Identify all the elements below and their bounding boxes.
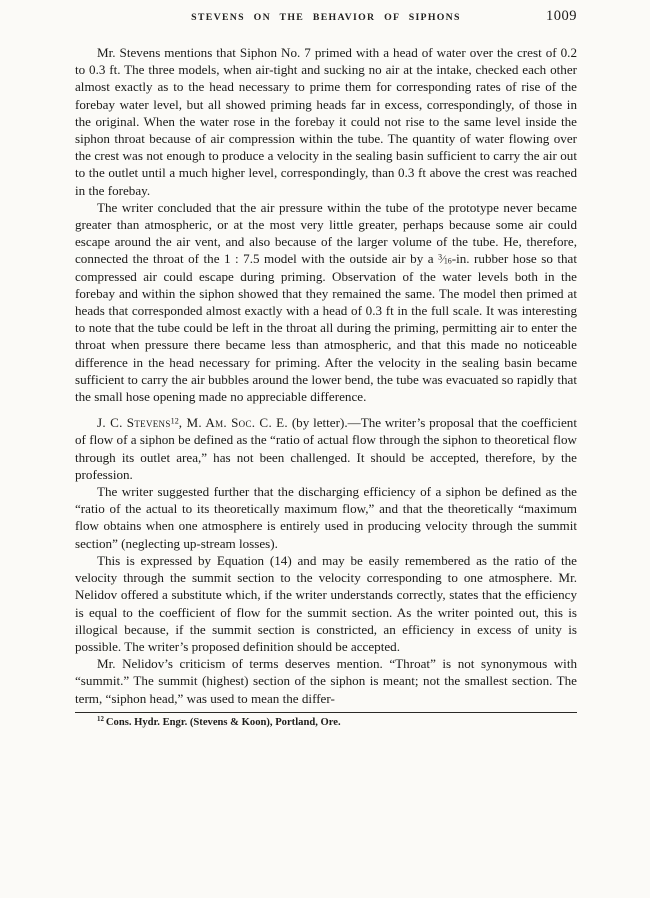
fraction-denominator: 16: [444, 257, 452, 266]
paragraph-5: This is expressed by Equation (14) and m…: [75, 552, 577, 655]
footnote-number: 12: [97, 716, 104, 723]
page-number: 1009: [546, 8, 577, 25]
paragraph-2-text-after-fraction: -in. rubber hose so that compressed air …: [75, 251, 577, 404]
paragraph-3-discussion-opening: J. C. Stevens12, M. Am. Soc. C. E. (by l…: [75, 414, 577, 483]
discussion-author-name: J. C. Stevens: [97, 415, 171, 430]
footnote-text: Cons. Hydr. Engr. (Stevens & Koon), Port…: [106, 717, 341, 728]
paragraph-2: The writer concluded that the air pressu…: [75, 199, 577, 405]
paragraph-1: Mr. Stevens mentions that Siphon No. 7 p…: [75, 44, 577, 199]
running-header-title: STEVENS ON THE BEHAVIOR OF SIPHONS: [75, 8, 577, 23]
paragraph-4: The writer suggested further that the di…: [75, 483, 577, 552]
footnote-line: 12Cons. Hydr. Engr. (Stevens & Koon), Po…: [75, 716, 577, 729]
paragraph-6: Mr. Nelidov’s criticism of terms deserve…: [75, 655, 577, 707]
running-header: STEVENS ON THE BEHAVIOR OF SIPHONS 1009: [75, 8, 577, 30]
discussion-author-affiliation: , M. Am. Soc. C. E.: [179, 415, 288, 430]
footnote-block: 12Cons. Hydr. Engr. (Stevens & Koon), Po…: [75, 712, 577, 729]
page-body-text: Mr. Stevens mentions that Siphon No. 7 p…: [75, 44, 577, 707]
scanned-paper-page: STEVENS ON THE BEHAVIOR OF SIPHONS 1009 …: [0, 0, 650, 898]
footnote-reference-marker: 12: [171, 417, 179, 426]
